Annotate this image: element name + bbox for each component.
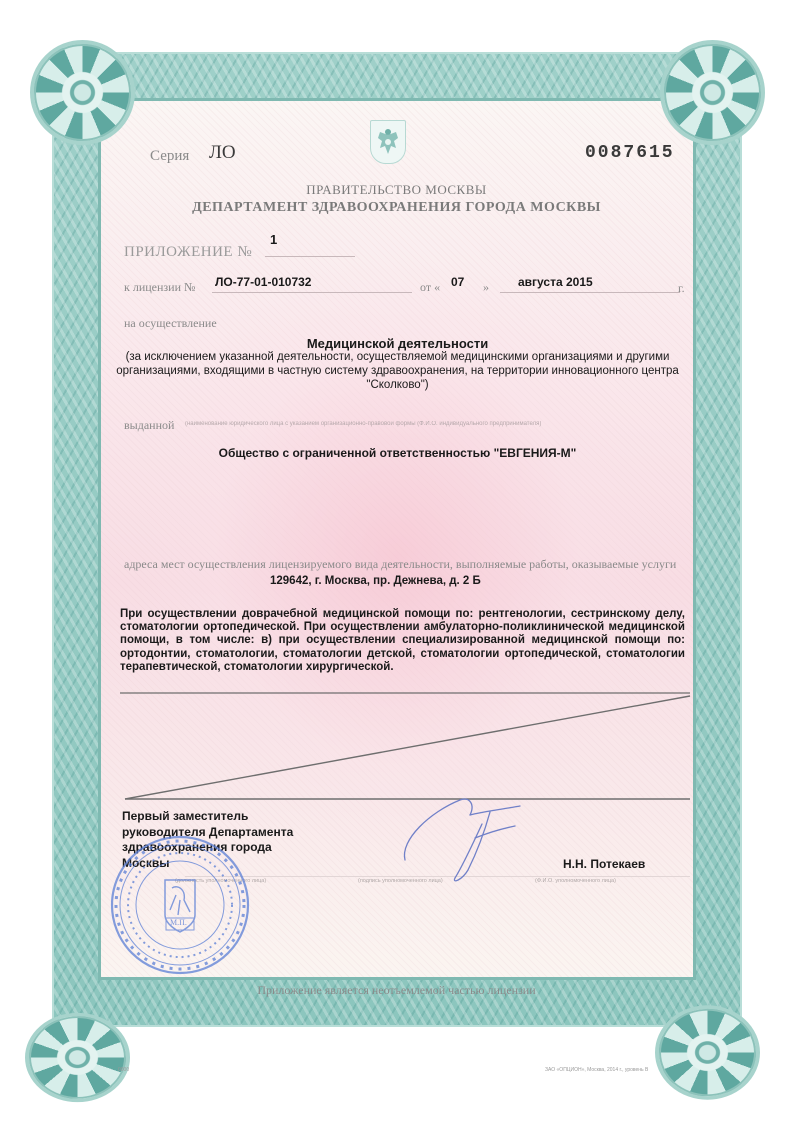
signatory-position-line: Москвы: [122, 856, 293, 872]
organization-name: Общество с ограниченной ответственностью…: [110, 446, 685, 460]
form-number: 0087615: [585, 143, 675, 163]
license-appendix-sheet: Серия ЛО 0087615 ПРАВИТЕЛЬСТВО МОСКВЫ ДЕ…: [0, 0, 793, 1123]
date-from-label: от «: [420, 280, 440, 295]
stamp-mp-label: М.П.: [170, 918, 187, 927]
corner-rosette-icon: [660, 40, 765, 145]
activity-title: Медицинской деятельности: [110, 336, 685, 351]
signatory-position-line: руководителя Департамента: [122, 825, 293, 841]
address-value: 129642, г. Москва, пр. Дежнева, д. 2 Б: [270, 575, 481, 587]
coat-of-arms-icon: [370, 120, 406, 164]
caption-signature: (подпись уполномоченного лица): [358, 878, 443, 884]
activity-for-label: на осуществление: [124, 316, 217, 331]
year-suffix: г.: [678, 281, 685, 296]
license-day: 07: [451, 275, 464, 289]
corner-rosette-icon: [25, 1013, 130, 1102]
appendix-underline: [265, 256, 355, 257]
signer-name: Н.Н. Потекаев: [563, 857, 645, 871]
license-month-year: августа 2015: [518, 275, 593, 289]
footer-note: Приложение является неотъемлемой частью …: [0, 983, 793, 998]
issued-to-hint: (наименование юридического лица с указан…: [185, 421, 685, 427]
department-title: ДЕПАРТАМЕНТ ЗДРАВООХРАНЕНИЯ ГОРОДА МОСКВ…: [0, 200, 793, 216]
issued-to-label: выданной: [124, 418, 174, 433]
license-underline: [212, 292, 412, 293]
print-code-right: ЗАО «ОПЦИОН», Москва, 2014 г., уровень В: [545, 1067, 648, 1073]
services-description: При осуществлении доврачебной медицинско…: [120, 608, 685, 674]
series-label: Серия: [150, 148, 189, 165]
print-code-left: 0000: [118, 1067, 129, 1073]
corner-rosette-icon: [655, 1005, 760, 1100]
appendix-label: ПРИЛОЖЕНИЕ №: [124, 244, 252, 261]
activity-note: (за исключением указанной деятельности, …: [110, 350, 685, 392]
license-number: ЛО-77-01-010732: [215, 275, 311, 289]
series-value: ЛО: [209, 142, 236, 164]
address-label: адреса мест осуществления лицензируемого…: [124, 556, 689, 572]
signatory-position: Первый заместитель руководителя Департам…: [122, 809, 293, 871]
government-title: ПРАВИТЕЛЬСТВО МОСКВЫ: [0, 182, 793, 198]
appendix-number: 1: [270, 232, 277, 247]
license-label: к лицензии №: [124, 280, 195, 295]
signature-rule: [185, 876, 690, 877]
caption-name: (Ф.И.О. уполномоченного лица): [535, 878, 616, 884]
date-quote-close: »: [483, 280, 489, 295]
signatory-position-line: Первый заместитель: [122, 809, 293, 825]
signatory-position-line: здравоохранения города: [122, 840, 293, 856]
date-underline: [500, 292, 680, 293]
caption-position: (должность уполномоченного лица): [175, 878, 266, 884]
corner-rosette-icon: [30, 40, 135, 145]
